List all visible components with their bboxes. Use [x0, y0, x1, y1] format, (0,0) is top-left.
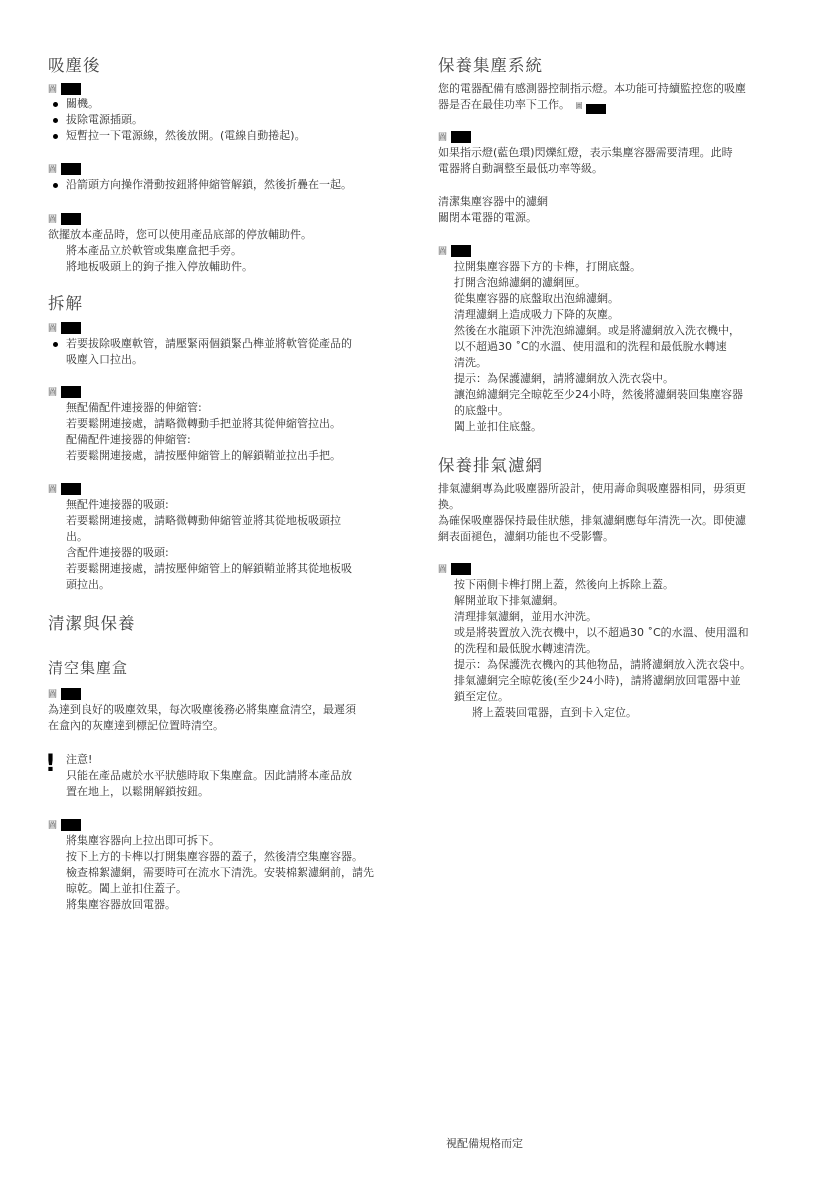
section-title-cleaning: 清潔與保養 — [48, 610, 136, 634]
nozzle-text: 頭拉出。 — [66, 577, 110, 593]
figure-label: 圖 — [48, 324, 57, 334]
figure-label: 圖 — [48, 485, 57, 495]
figure-label: 圖 — [48, 821, 57, 831]
exhaust-intro: 排氣濾網專為此吸塵器所設計，使用壽命與吸塵器相同，毋須更 — [438, 481, 746, 497]
list-item: 短暫拉一下電源線，然後放開。(電線自動捲起)。 — [66, 128, 306, 144]
section-title-disassembly: 拆解 — [48, 290, 83, 314]
subsection-title-empty-bin: 清空集塵盒 — [48, 657, 128, 678]
list-item: 沿箭頭方向操作滑動按鈕將伸縮管解鎖，然後折疊在一起。 — [66, 177, 352, 193]
figure-label: 圖 — [48, 388, 57, 398]
storage-step: 將地板吸頭上的鉤子推入停放輔助件。 — [66, 259, 253, 275]
bin-step: 檢查棉絮濾網，需要時可在流水下清洗。安裝棉絮濾網前，請先 — [66, 865, 374, 881]
empty-bin-text: 為達到良好的吸塵效果，每次吸塵後務必將集塵盒清空，最遲須 — [48, 702, 356, 718]
indicator-text: 如果指示燈(藍色環)閃爍紅燈，表示集塵容器需要清理。此時 — [438, 145, 733, 161]
figure-number-redacted — [61, 386, 81, 398]
nozzle-text: 含配件連接器的吸頭: — [66, 545, 169, 561]
indicator-text: 電器將自動調整至最低功率等級。 — [438, 161, 603, 177]
exhaust-final-step: 將上蓋裝回電器，直到卡入定位。 — [472, 705, 637, 721]
figure-label: 圖 — [438, 133, 447, 143]
bin-step: 晾乾。闔上並扣住蓋子。 — [66, 881, 187, 897]
figure-label: 圖 — [48, 690, 57, 700]
nozzle-text: 若要鬆開連接處，請略微轉動伸縮管並將其從地板吸頭拉 — [66, 513, 341, 529]
exhaust-step: 的洗程和最低脫水轉速清洗。 — [454, 641, 597, 657]
power-off-text: 關閉本電器的電源。 — [438, 210, 537, 226]
filter-step: 清洗。 — [454, 355, 487, 371]
exhaust-step: 解開並取下排氣濾網。 — [454, 593, 564, 609]
figure-number-redacted — [61, 322, 81, 334]
filter-step: 從集塵容器的底盤取出泡綿濾網。 — [454, 291, 619, 307]
exhaust-step: 按下兩側卡榫打開上蓋，然後向上拆除上蓋。 — [454, 577, 674, 593]
list-item: 關機。 — [66, 96, 99, 112]
figure-ref: 圖 — [48, 320, 81, 334]
figure-label: 圖 — [438, 247, 447, 257]
tube-text: 配備配件連接器的伸縮管: — [66, 432, 191, 448]
maintenance-intro-text: 器是否在最佳功率下工作。 — [438, 98, 570, 111]
nozzle-text: 無配件連接器的吸頭: — [66, 497, 169, 513]
figure-number-redacted — [61, 819, 81, 831]
empty-bin-text: 在盒內的灰塵達到標記位置時清空。 — [48, 718, 224, 734]
filter-step: 清理濾網上造成吸力下降的灰塵。 — [454, 307, 619, 323]
filter-step: 讓泡綿濾網完全晾乾至少24小時，然後將濾網裝回集塵容器 — [454, 387, 743, 403]
list-item: 拔除電源插頭。 — [66, 112, 143, 128]
figure-number-redacted — [451, 131, 471, 143]
figure-ref-inline: 圖 — [576, 98, 606, 114]
figure-number-redacted — [61, 483, 81, 495]
exhaust-intro: 換。 — [438, 497, 460, 513]
filter-step: 打開含泡綿濾網的濾網匣。 — [454, 275, 586, 291]
maintenance-intro: 器是否在最佳功率下工作。 圖 — [438, 97, 606, 114]
figure-label: 圖 — [48, 165, 57, 175]
section-title-exhaust-filter: 保養排氣濾網 — [438, 452, 543, 476]
figure-ref: 圖 — [48, 211, 81, 225]
list-item-continued: 吸塵入口拉出。 — [66, 352, 143, 368]
filter-step: 然後在水龍頭下沖洗泡綿濾網。或是將濾網放入洗衣機中， — [454, 323, 740, 339]
figure-label: 圖 — [48, 215, 57, 225]
section-title-maintenance: 保養集塵系統 — [438, 52, 543, 76]
maintenance-intro: 您的電器配備有感測器控制指示燈。本功能可持續監控您的吸塵 — [438, 81, 746, 97]
list-item: 若要拔除吸塵軟管，請壓緊兩個鎖緊凸榫並將軟管從產品的 — [66, 336, 352, 352]
figure-ref: 圖 — [48, 161, 81, 175]
figure-label: 圖 — [48, 85, 57, 95]
figure-number-redacted — [61, 163, 81, 175]
figure-number-redacted — [61, 83, 81, 95]
filter-step: 拉開集塵容器下方的卡榫，打開底盤。 — [454, 259, 641, 275]
filter-step: 的底盤中。 — [454, 403, 509, 419]
exhaust-intro: 為確保吸塵器保持最佳狀態，排氣濾網應每年清洗一次。即使濾 — [438, 513, 746, 529]
figure-number-redacted — [586, 104, 606, 114]
exhaust-step: 或是將裝置放入洗衣機中，以不超過30 ˚C的水溫、使用溫和 — [454, 625, 749, 641]
tube-text: 無配備配件連接器的伸縮管: — [66, 400, 202, 416]
warning-exclamation-icon: ! — [45, 751, 56, 775]
exhaust-intro: 網表面褪色，濾網功能也不受影響。 — [438, 529, 614, 545]
nozzle-text: 出。 — [66, 529, 88, 545]
warning-text: 置在地上，以鬆開解鎖按鈕。 — [66, 784, 209, 800]
bin-step: 按下上方的卡榫以打開集塵容器的蓋子，然後清空集塵容器。 — [66, 849, 363, 865]
figure-ref: 圖 — [48, 481, 81, 495]
nozzle-text: 若要鬆開連接處，請按壓伸縮管上的解鎖鞘並將其從地板吸 — [66, 561, 352, 577]
warning-title: 注意! — [66, 752, 92, 768]
figure-number-redacted — [451, 245, 471, 257]
figure-ref: 圖 — [438, 129, 471, 143]
figure-ref: 圖 — [48, 81, 81, 95]
figure-ref: 圖 — [48, 384, 81, 398]
figure-number-redacted — [61, 688, 81, 700]
figure-number-redacted — [61, 213, 81, 225]
exhaust-step: 鎖至定位。 — [454, 689, 509, 705]
warning-text: 只能在產品處於水平狀態時取下集塵盒。因此請將本產品放 — [66, 768, 352, 784]
section-title-after-vacuuming: 吸塵後 — [48, 52, 101, 76]
tube-text: 若要鬆開連接處，請略微轉動手把並將其從伸縮管拉出。 — [66, 416, 341, 432]
figure-label: 圖 — [576, 98, 583, 114]
figure-label: 圖 — [438, 565, 447, 575]
figure-ref: 圖 — [48, 686, 81, 700]
exhaust-step: 排氣濾網完全晾乾後(至少24小時)，請將濾網放回電器中並 — [454, 673, 741, 689]
filter-step: 闔上並扣住底盤。 — [454, 419, 542, 435]
figure-ref: 圖 — [48, 817, 81, 831]
exhaust-step: 提示：為保護洗衣機內的其他物品，請將濾網放入洗衣袋中。 — [454, 657, 751, 673]
footnote: 視配備規格而定 — [446, 1135, 523, 1151]
bin-step: 將集塵容器放回電器。 — [66, 897, 176, 913]
storage-intro: 欲擺放本產品時，您可以使用產品底部的停放輔助件。 — [48, 227, 312, 243]
tube-text: 若要鬆開連接處，請按壓伸縮管上的解鎖鞘並拉出手把。 — [66, 448, 341, 464]
filter-heading: 清潔集塵容器中的濾網 — [438, 194, 548, 210]
filter-step: 提示：為保護濾網，請將濾網放入洗衣袋中。 — [454, 371, 674, 387]
storage-step: 將本產品立於軟管或集塵盒把手旁。 — [66, 243, 242, 259]
filter-step: 以不超過30 ˚C的水溫、使用溫和的洗程和最低脫水轉速 — [454, 339, 727, 355]
exhaust-step: 清理排氣濾網，並用水沖洗。 — [454, 609, 597, 625]
figure-ref: 圖 — [438, 243, 471, 257]
figure-number-redacted — [451, 563, 471, 575]
bin-step: 將集塵容器向上拉出即可拆下。 — [66, 833, 220, 849]
figure-ref: 圖 — [438, 561, 471, 575]
